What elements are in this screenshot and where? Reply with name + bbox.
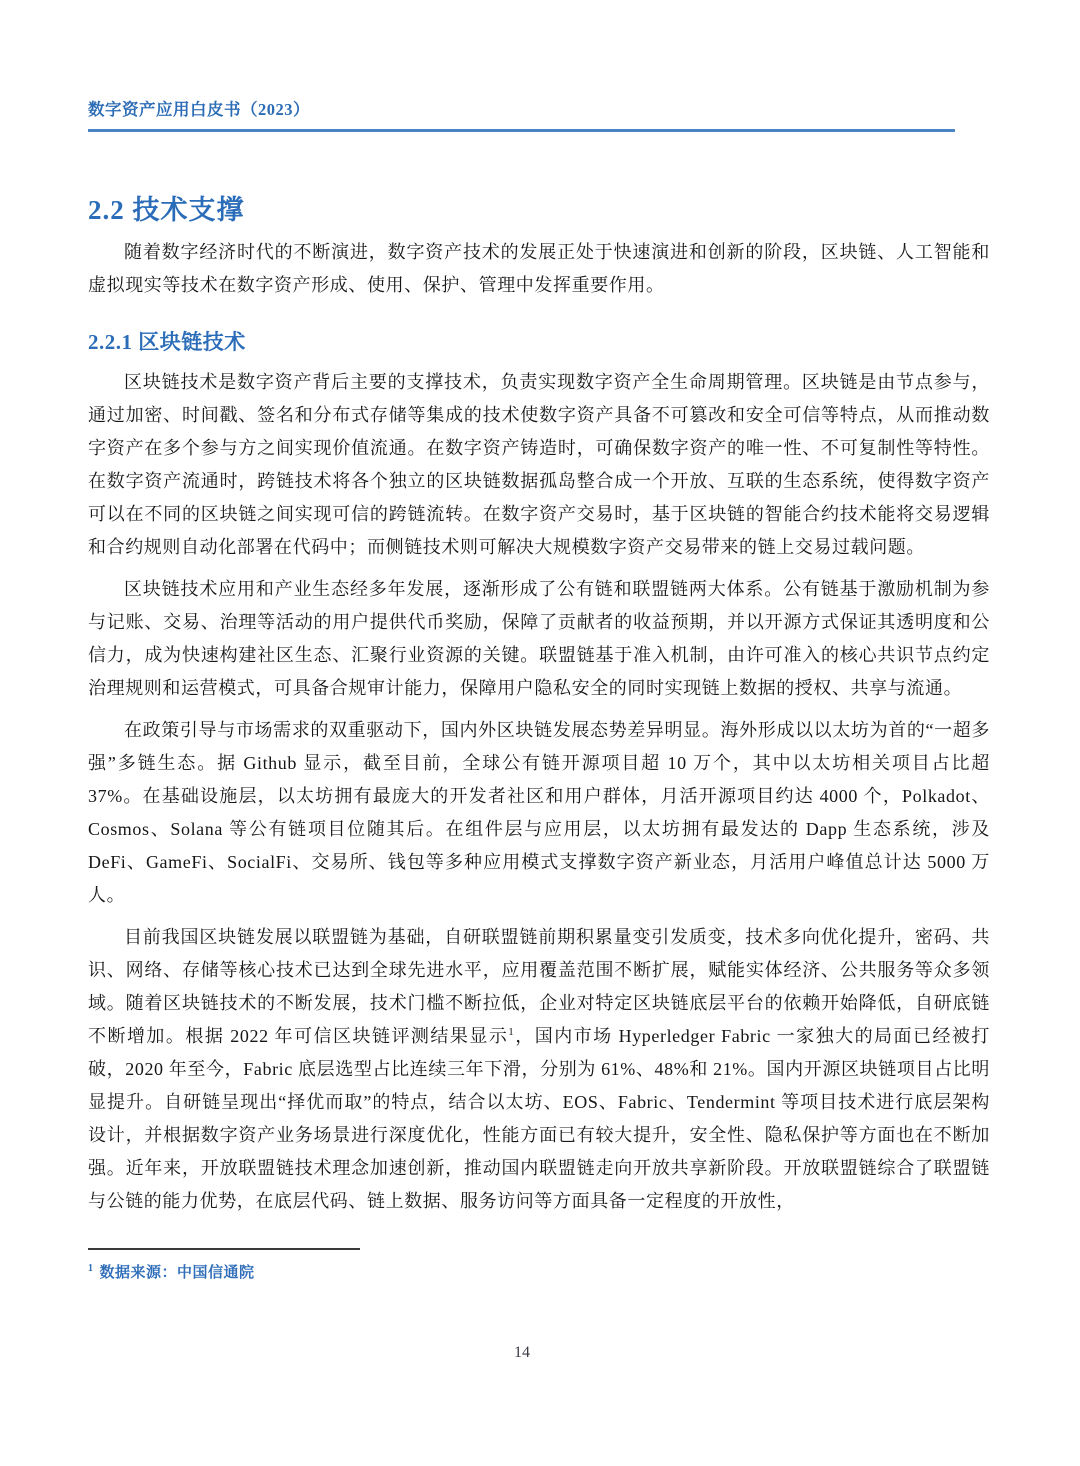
document-title: 数字资产应用白皮书（2023） <box>88 96 955 120</box>
page-body: 2.2 技术支撑 随着数字经济时代的不断演进，数字资产技术的发展正处于快速演进和… <box>88 188 990 1218</box>
subsection-heading-2-2-1: 2.2.1 区块链技术 <box>88 326 990 356</box>
page-number: 14 <box>0 1344 1044 1362</box>
footnote-divider <box>88 1248 360 1250</box>
footnote-source-text: 数据来源：中国信通院 <box>100 1265 255 1281</box>
section-intro-paragraph: 随着数字经济时代的不断演进，数字资产技术的发展正处于快速演进和创新的阶段，区块链… <box>88 236 990 302</box>
footnote-area: 1数据来源：中国信通院 <box>88 1248 990 1282</box>
paragraph-blockchain-overview: 区块链技术是数字资产背后主要的支撑技术，负责实现数字资产全生命周期管理。区块链是… <box>88 366 990 564</box>
paragraph-overseas-ecosystem: 在政策引导与市场需求的双重驱动下，国内外区块链发展态势差异明显。海外形成以以太坊… <box>88 714 990 912</box>
section-heading-2-2: 2.2 技术支撑 <box>88 188 990 227</box>
paragraph-public-vs-consortium-chain: 区块链技术应用和产业生态经多年发展，逐渐形成了公有链和联盟链两大体系。公有链基于… <box>88 573 990 705</box>
document-page: 数字资产应用白皮书（2023） 2.2 技术支撑 随着数字经济时代的不断演进，数… <box>0 0 1080 1466</box>
footnote-marker: 1 <box>88 1263 94 1274</box>
running-header: 数字资产应用白皮书（2023） <box>88 96 955 132</box>
paragraph-domestic-development-text-after-footnote-ref: ，国内市场 Hyperledger Fabric 一家独大的局面已经被打破，20… <box>88 1026 990 1211</box>
paragraph-domestic-development: 目前我国区块链发展以联盟链为基础，自研联盟链前期积累量变引发质变，技术多向优化提… <box>88 921 990 1218</box>
footnote-entry: 1数据来源：中国信通院 <box>88 1261 990 1282</box>
